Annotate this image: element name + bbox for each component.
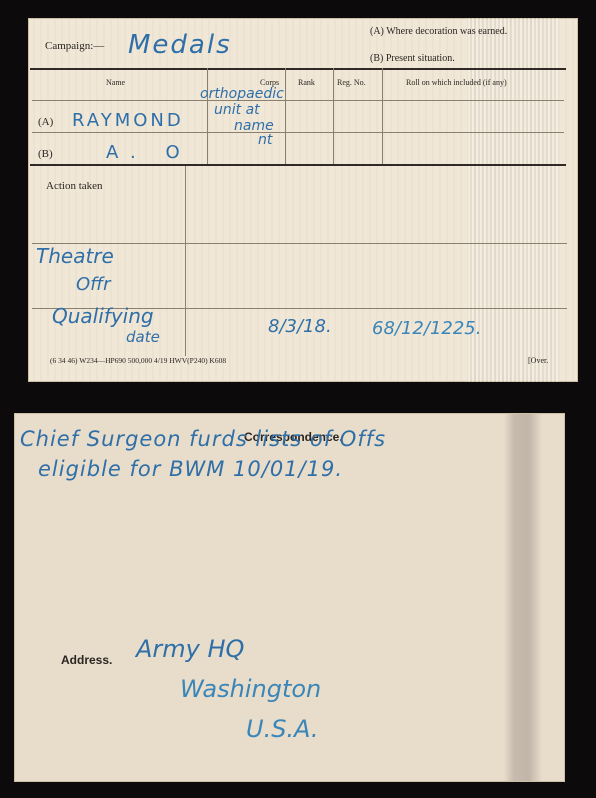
scan-stripe (468, 18, 558, 382)
row-a-label: (A) (38, 116, 53, 128)
legend-b: (B) Present situation. (370, 53, 455, 64)
corps-line-4: nt (258, 132, 272, 148)
col-roll: Roll on which included (if any) (406, 78, 507, 87)
ref-number: 68/12/1225. (372, 318, 481, 339)
action-line-4: date (126, 328, 160, 346)
col-divider (207, 68, 208, 165)
campaign-label: Campaign:— (45, 40, 104, 52)
action-label: Action taken (46, 180, 103, 192)
date-1: 8/3/18. (268, 316, 332, 337)
table-bottom-rule (30, 164, 566, 166)
action-divider (185, 166, 186, 356)
name-a: RAYMOND (72, 110, 184, 131)
address-label: Address. (61, 653, 112, 667)
col-rank: Rank (298, 78, 315, 87)
address-line-3: U.S.A. (246, 715, 319, 743)
header-rule (30, 68, 566, 70)
over-label: [Over. (528, 356, 548, 365)
row-rule (32, 132, 564, 133)
correspondence-line-1: Chief Surgeon furds lists of Offs (20, 427, 386, 451)
col-divider (285, 68, 286, 165)
col-reg-no: Reg. No. (337, 78, 366, 87)
action-line-2: Offr (76, 274, 111, 295)
legend-a: (A) Where decoration was earned. (370, 26, 507, 37)
corps-line-1: orthopaedic (200, 86, 284, 102)
correspondence-line-2: eligible for BWM 10/01/19. (38, 457, 343, 481)
col-divider (382, 68, 383, 165)
name-b: A. O (106, 142, 192, 163)
row-rule (32, 100, 564, 101)
address-line-1: Army HQ (136, 635, 244, 663)
col-divider (333, 68, 334, 165)
medal-card-front: Campaign:— Medals (A) Where decoration w… (28, 18, 578, 382)
address-line-2: Washington (180, 675, 321, 703)
campaign-value: Medals (128, 30, 232, 60)
col-name: Name (106, 78, 125, 87)
action-line-1: Theatre (36, 244, 114, 268)
medal-card-back: Correspondence. Chief Surgeon furds list… (14, 413, 565, 782)
row-b-label: (B) (38, 148, 53, 160)
print-code: (6 34 46) W234—HP690 500,000 4/19 HWV(P2… (50, 356, 226, 365)
corps-line-2: unit at (214, 102, 260, 118)
action-line-3: Qualifying (52, 304, 154, 328)
